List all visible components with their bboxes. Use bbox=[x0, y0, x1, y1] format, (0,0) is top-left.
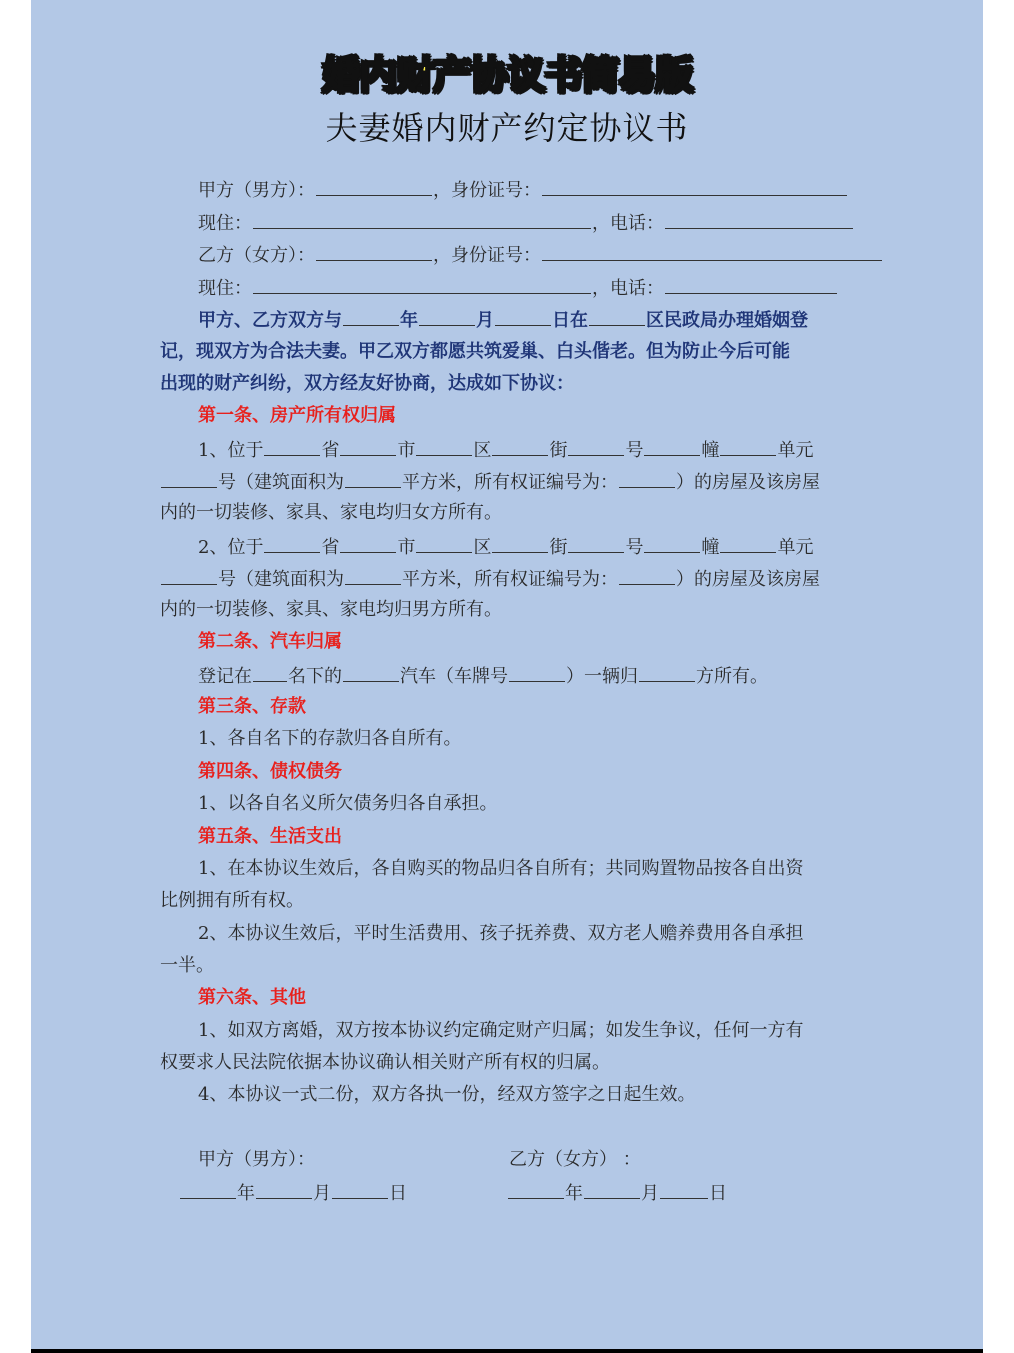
text: ）的房屋及该房屋 bbox=[676, 569, 820, 590]
sign-year-field[interactable] bbox=[180, 1180, 236, 1199]
sign-month-field[interactable] bbox=[584, 1180, 640, 1199]
signature-party-b-label: 乙方（女方） ： bbox=[509, 1148, 641, 1172]
building-field[interactable] bbox=[644, 534, 700, 553]
room-field[interactable] bbox=[161, 566, 217, 585]
party-a-phone-field[interactable] bbox=[665, 210, 853, 229]
month-label: 月 bbox=[476, 310, 494, 331]
owner-name-field[interactable] bbox=[253, 663, 287, 682]
item-prefix: 1、位于 bbox=[198, 440, 263, 461]
car-owner-party-field[interactable] bbox=[639, 663, 695, 682]
month-field[interactable] bbox=[419, 307, 475, 326]
unit-label: 单元 bbox=[777, 537, 813, 558]
party-a-id-field[interactable] bbox=[542, 177, 847, 196]
unit-label: 街 bbox=[549, 440, 567, 461]
day-label: 日 bbox=[389, 1183, 407, 1204]
street-field[interactable] bbox=[492, 437, 548, 456]
article-5-item-2-line-1: 2、本协议生效后，平时生活费用、孩子抚养费、双方老人赡养费用各自承担 bbox=[198, 922, 803, 946]
city-field[interactable] bbox=[340, 437, 396, 456]
unit-field[interactable] bbox=[720, 534, 776, 553]
party-b-phone-field[interactable] bbox=[665, 275, 837, 294]
day-label: 日在 bbox=[552, 310, 588, 331]
id-label: ，身份证号： bbox=[433, 245, 541, 266]
text: 方所有。 bbox=[696, 666, 768, 687]
sign-day-field[interactable] bbox=[660, 1180, 708, 1199]
province-field[interactable] bbox=[264, 534, 320, 553]
party-b-line: 乙方（女方）：，身份证号： bbox=[198, 242, 883, 268]
article-1-item-2-line-3: 内的一切装修、家具、家电均归男方所有。 bbox=[160, 598, 502, 622]
year-label: 年 bbox=[565, 1183, 583, 1204]
number-field[interactable] bbox=[568, 437, 624, 456]
car-brand-field[interactable] bbox=[343, 663, 399, 682]
party-a-label: 甲方（男方）： bbox=[198, 180, 315, 201]
article-3-item-1: 1、各自名下的存款归各自所有。 bbox=[198, 727, 461, 751]
preamble-line-2: 记，现双方为合法夫妻。甲乙双方都愿共筑爱巢、白头偕老。但为防止今后可能 bbox=[160, 340, 790, 364]
article-1-item-1-line-3: 内的一切装修、家具、家电均归女方所有。 bbox=[160, 501, 502, 525]
text: ）一辆归 bbox=[566, 666, 638, 687]
unit-label: 区 bbox=[473, 537, 491, 558]
text: 汽车（车牌号 bbox=[400, 666, 508, 687]
unit-label: 街 bbox=[549, 537, 567, 558]
article-6-item-2: 4、本协议一式二份，双方各执一份，经双方签字之日起生效。 bbox=[198, 1083, 695, 1107]
unit-label: 幢 bbox=[701, 537, 719, 558]
article-6-heading: 第六条、其他 bbox=[198, 986, 306, 1010]
article-1-item-2-line-2: 号（建筑面积为平方米，所有权证编号为：）的房屋及该房屋 bbox=[160, 566, 820, 592]
province-field[interactable] bbox=[264, 437, 320, 456]
unit-field[interactable] bbox=[720, 437, 776, 456]
article-1-item-1-line-1: 1、位于省市区街号幢单元 bbox=[198, 437, 813, 463]
highlight-title: 婚内财产协议书简易版 bbox=[31, 44, 983, 99]
phone-label: ，电话： bbox=[592, 213, 664, 234]
party-b-name-field[interactable] bbox=[316, 242, 432, 261]
party-b-id-field[interactable] bbox=[542, 242, 882, 261]
signature-party-b-date: 年月日 bbox=[507, 1180, 727, 1206]
item-prefix: 2、位于 bbox=[198, 537, 263, 558]
id-label: ，身份证号： bbox=[433, 180, 541, 201]
year-label: 年 bbox=[400, 310, 418, 331]
article-3-heading: 第三条、存款 bbox=[198, 695, 306, 719]
text: 登记在 bbox=[198, 666, 252, 687]
party-a-address-field[interactable] bbox=[253, 210, 591, 229]
month-label: 月 bbox=[641, 1183, 659, 1204]
day-label: 日 bbox=[709, 1183, 727, 1204]
city-field[interactable] bbox=[340, 534, 396, 553]
document-page: 婚内财产协议书简易版 夫妻婚内财产约定协议书 甲方（男方）：，身份证号： 现住：… bbox=[31, 0, 983, 1349]
document-title: 夫妻婚内财产约定协议书 bbox=[31, 103, 983, 149]
unit-label: 幢 bbox=[701, 440, 719, 461]
month-label: 月 bbox=[313, 1183, 331, 1204]
text: 平方米，所有权证编号为： bbox=[402, 472, 618, 493]
text: 号（建筑面积为 bbox=[218, 569, 344, 590]
unit-label: 区 bbox=[473, 440, 491, 461]
text: 号（建筑面积为 bbox=[218, 472, 344, 493]
unit-label: 省 bbox=[321, 537, 339, 558]
sign-month-field[interactable] bbox=[256, 1180, 312, 1199]
signature-party-a-date: 年月日 bbox=[179, 1180, 407, 1206]
sign-year-field[interactable] bbox=[508, 1180, 564, 1199]
unit-label: 单元 bbox=[777, 440, 813, 461]
article-1-heading: 第一条、房产所有权归属 bbox=[198, 404, 396, 428]
district-field[interactable] bbox=[416, 437, 472, 456]
preamble-text: 甲方、乙方双方与 bbox=[198, 310, 342, 331]
article-5-item-1-line-1: 1、在本协议生效后，各自购买的物品归各自所有；共同购置物品按各自出资 bbox=[198, 857, 803, 881]
party-b-address-field[interactable] bbox=[253, 275, 591, 294]
article-6-item-1-line-2: 权要求人民法院依据本协议确认相关财产所有权的归属。 bbox=[160, 1051, 610, 1075]
area-field[interactable] bbox=[345, 469, 401, 488]
article-4-heading: 第四条、债权债务 bbox=[198, 760, 342, 784]
article-2-text: 登记在名下的汽车（车牌号）一辆归方所有。 bbox=[198, 663, 768, 689]
signature-party-a-label: 甲方（男方）： bbox=[198, 1148, 315, 1172]
area-field[interactable] bbox=[345, 566, 401, 585]
text: 名下的 bbox=[288, 666, 342, 687]
plate-number-field[interactable] bbox=[509, 663, 565, 682]
unit-label: 市 bbox=[397, 537, 415, 558]
party-a-line: 甲方（男方）：，身份证号： bbox=[198, 177, 848, 203]
article-6-item-1-line-1: 1、如双方离婚，双方按本协议约定确定财产归属；如发生争议，任何一方有 bbox=[198, 1019, 803, 1043]
street-field[interactable] bbox=[492, 534, 548, 553]
article-5-item-2-line-2: 一半。 bbox=[160, 954, 214, 978]
party-a-address-line: 现住：，电话： bbox=[198, 210, 854, 236]
day-field[interactable] bbox=[495, 307, 551, 326]
unit-label: 号 bbox=[625, 537, 643, 558]
room-field[interactable] bbox=[161, 469, 217, 488]
address-label: 现住： bbox=[198, 278, 252, 299]
district-field[interactable] bbox=[416, 534, 472, 553]
unit-label: 省 bbox=[321, 440, 339, 461]
text: 平方米，所有权证编号为： bbox=[402, 569, 618, 590]
party-a-name-field[interactable] bbox=[316, 177, 432, 196]
phone-label: ，电话： bbox=[592, 278, 664, 299]
bottom-edge-divider bbox=[31, 1349, 983, 1353]
article-5-item-1-line-2: 比例拥有所有权。 bbox=[160, 889, 304, 913]
certificate-field[interactable] bbox=[619, 566, 675, 585]
number-field[interactable] bbox=[568, 534, 624, 553]
article-4-item-1: 1、以各自名义所欠债务归各自承担。 bbox=[198, 792, 497, 816]
sign-day-field[interactable] bbox=[332, 1180, 388, 1199]
district-field[interactable] bbox=[589, 307, 645, 326]
certificate-field[interactable] bbox=[619, 469, 675, 488]
article-2-heading: 第二条、汽车归属 bbox=[198, 630, 342, 654]
preamble-line-1: 甲方、乙方双方与年月日在区民政局办理婚姻登 bbox=[198, 307, 808, 333]
bureau-text: 区民政局办理婚姻登 bbox=[646, 310, 808, 331]
address-label: 现住： bbox=[198, 213, 252, 234]
unit-label: 市 bbox=[397, 440, 415, 461]
article-1-item-2-line-1: 2、位于省市区街号幢单元 bbox=[198, 534, 813, 560]
unit-label: 号 bbox=[625, 440, 643, 461]
building-field[interactable] bbox=[644, 437, 700, 456]
year-label: 年 bbox=[237, 1183, 255, 1204]
article-1-item-1-line-2: 号（建筑面积为平方米，所有权证编号为：）的房屋及该房屋 bbox=[160, 469, 820, 495]
party-b-label: 乙方（女方）： bbox=[198, 245, 315, 266]
preamble-line-3: 出现的财产纠纷，双方经友好协商，达成如下协议： bbox=[160, 372, 574, 396]
article-5-heading: 第五条、生活支出 bbox=[198, 825, 342, 849]
party-b-address-line: 现住：，电话： bbox=[198, 275, 838, 301]
year-field[interactable] bbox=[343, 307, 399, 326]
text: ）的房屋及该房屋 bbox=[676, 472, 820, 493]
